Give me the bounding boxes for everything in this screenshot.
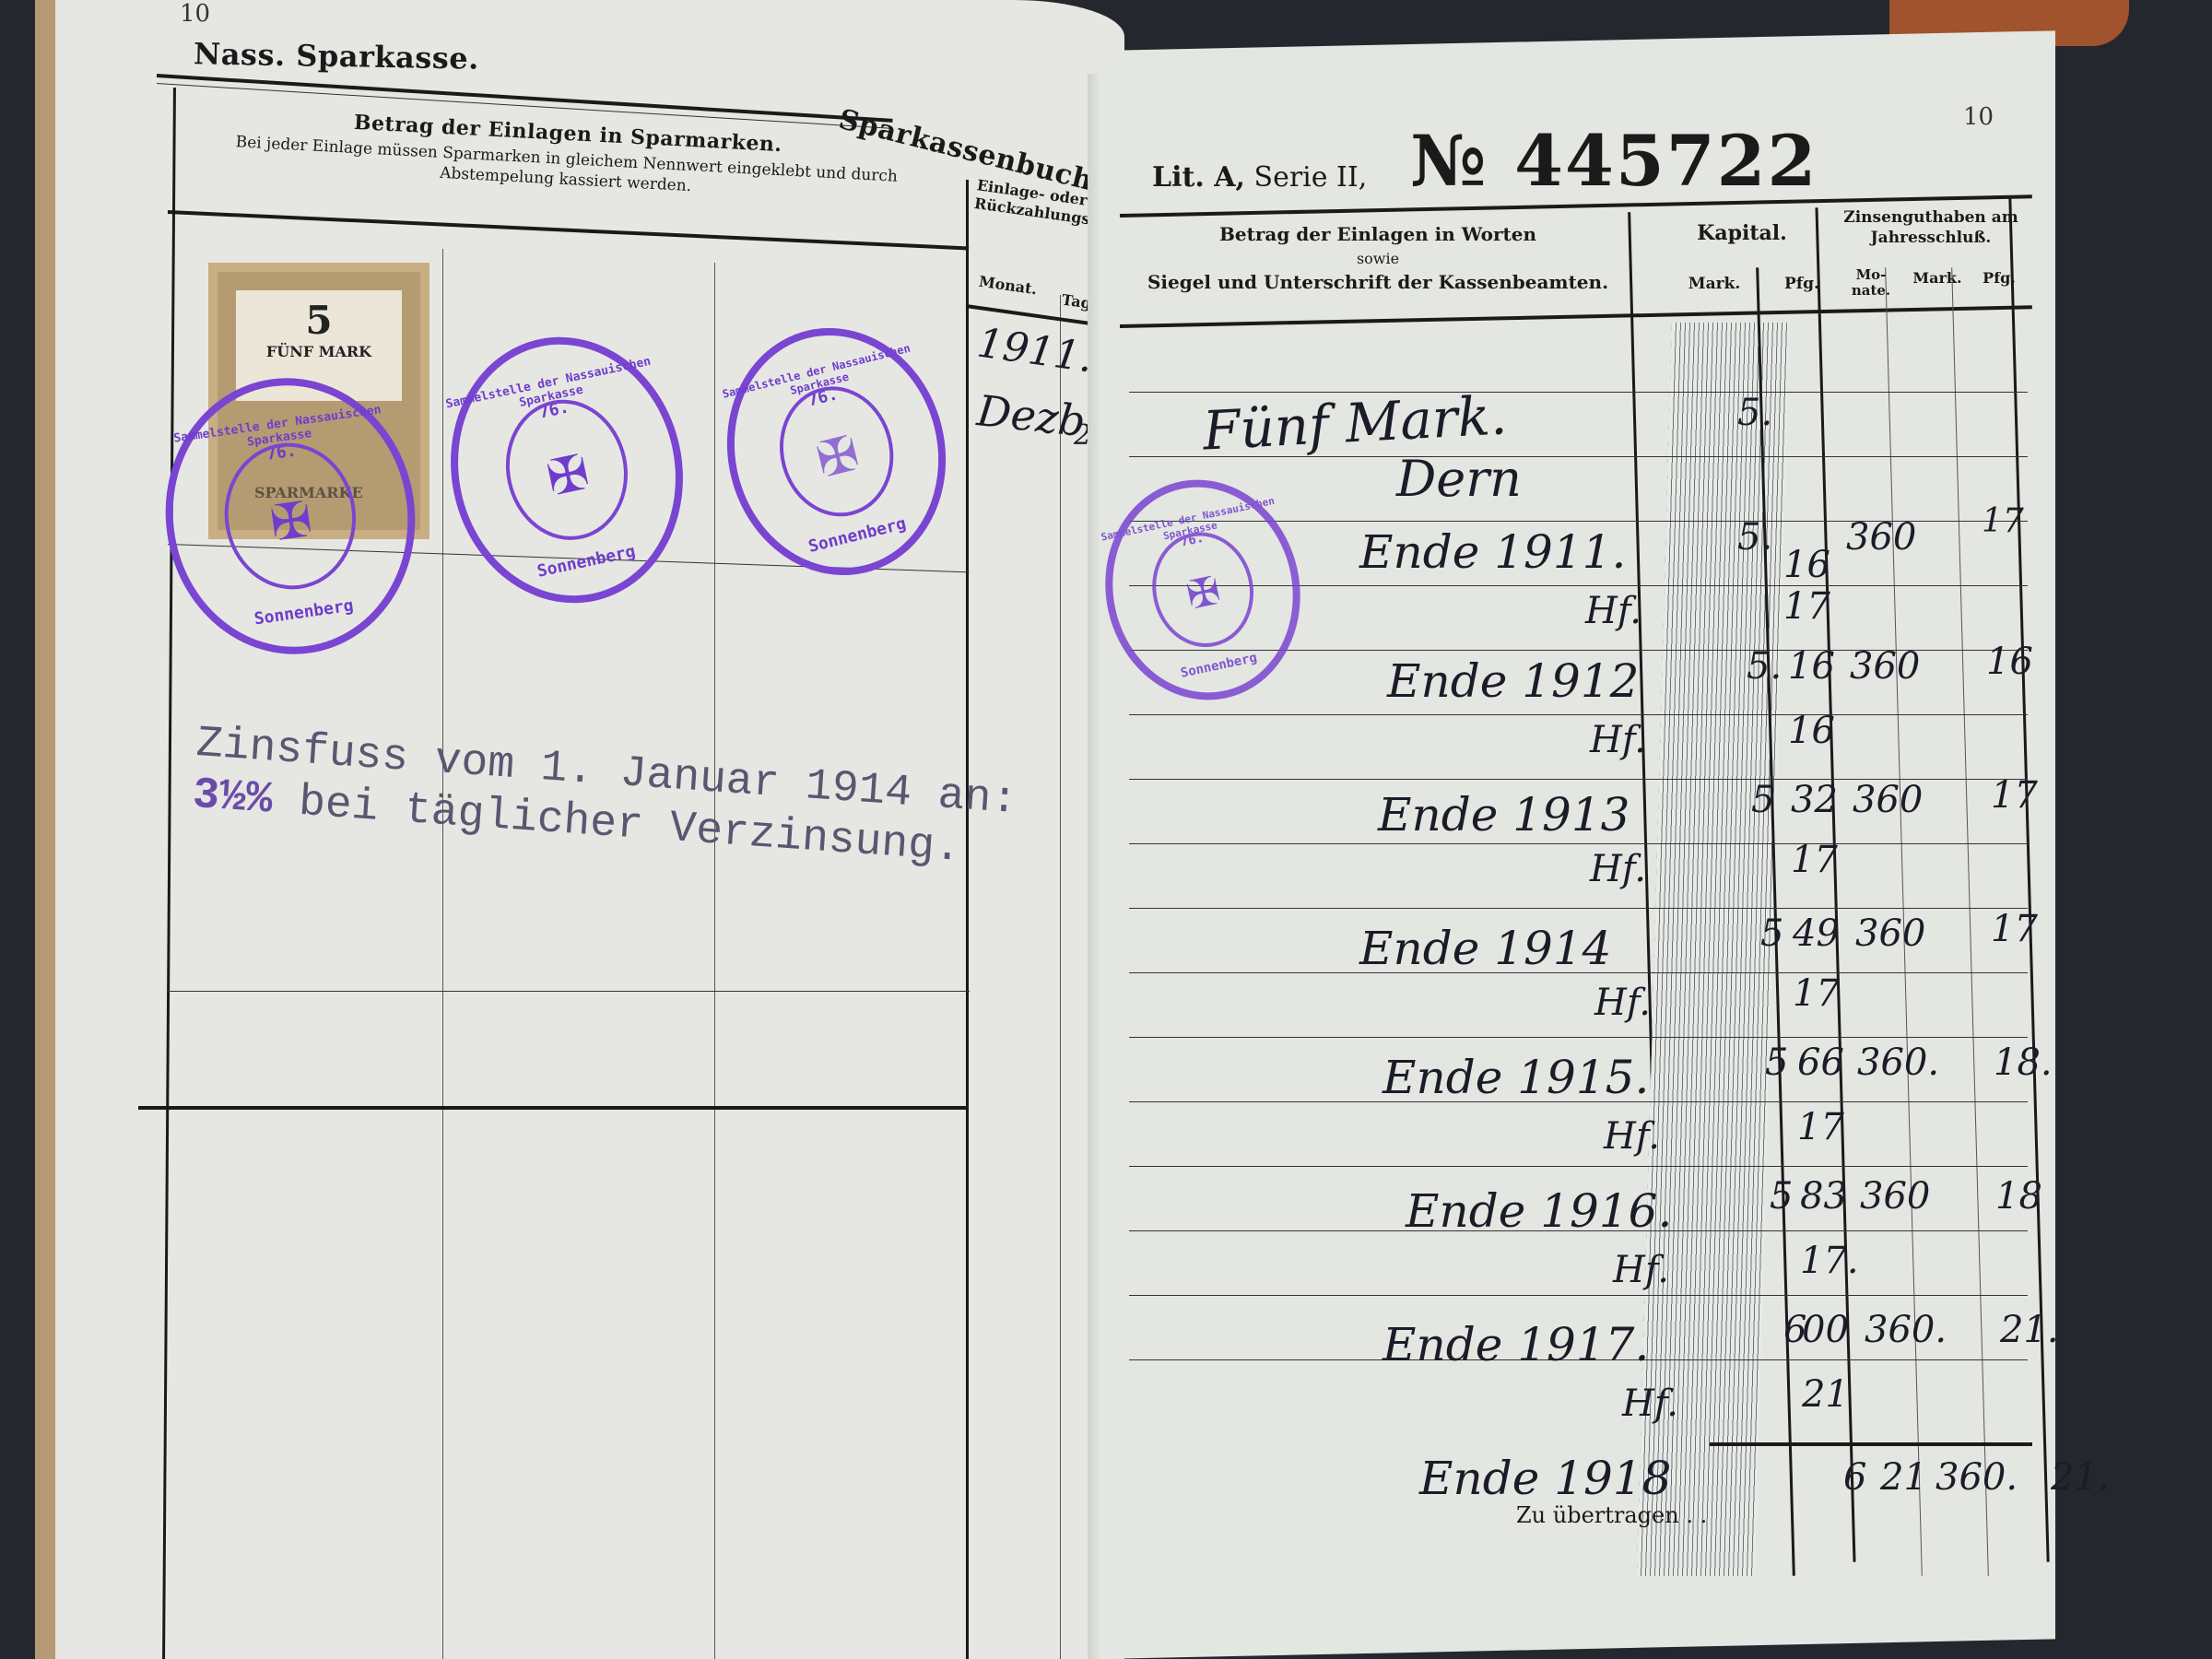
row-rule — [1129, 843, 2028, 844]
row-initials: Hf. — [1622, 1382, 1678, 1425]
left-page-content: 10 Nass. Sparkasse. Sparkassenbuch Betra… — [0, 0, 1069, 1659]
row-capital-pfg: 49 — [1793, 912, 1840, 955]
row-label: Ende 1912 — [1387, 654, 1639, 708]
row-rule — [1129, 392, 2028, 393]
seal-location: Sonnenberg — [1130, 640, 1308, 691]
row-initials: Hf. — [1585, 590, 1641, 632]
row-capital-pfg: 32 — [1791, 779, 1838, 821]
number-sign: № — [1410, 120, 1488, 202]
row-capital-pfg-2: 17. — [1800, 1240, 1859, 1282]
interest-rate: 3½% — [191, 771, 274, 826]
capital-pfg-header: Pfg. — [1774, 275, 1830, 293]
right-page-content: 10 Lit. A, Serie II, № 445722 Betrag der… — [1101, 0, 2060, 1659]
row-capital-mark: 5. — [1747, 645, 1782, 688]
stamp-col-divider-1 — [442, 249, 443, 1659]
row-interest-pfg: 21. — [2051, 1456, 2110, 1499]
row-capital-mark: 5 — [1751, 779, 1774, 821]
cancellation-seal-3: Sammelstelle der Nassauischen Sparkasse … — [701, 305, 971, 599]
row-label: Ende 1916. — [1406, 1184, 1672, 1238]
row-months: 360 — [1855, 912, 1925, 955]
row-rule — [1129, 1037, 2028, 1038]
lit-label: Lit. A, — [1152, 161, 1245, 194]
cashier-seal: Sammelstelle der Nassauischen Sparkasse … — [1085, 462, 1320, 718]
row-interest-pfg: 17 — [1982, 502, 2024, 540]
stamps-block-rule — [138, 1106, 968, 1110]
row-initials: Hf. — [1590, 848, 1646, 890]
row-label: Ende 1911. — [1359, 525, 1626, 579]
serie-label: Serie II, — [1254, 161, 1368, 194]
carry-forward-label: Zu übertragen . . — [1516, 1502, 1707, 1528]
row-rule — [1129, 1295, 2028, 1296]
month-header: Monat. — [978, 273, 1038, 299]
stamp-value: 5 — [236, 298, 402, 343]
words-header: Betrag der Einlagen in Worten sowie Sieg… — [1129, 221, 1627, 296]
row-capital-mark: 5. — [1737, 516, 1772, 559]
row-interest-pfg: 16 — [1986, 641, 2033, 683]
row-capital-pfg-2: 17 — [1793, 972, 1840, 1015]
page-number: 10 — [180, 0, 210, 28]
interest-rate-notice: Zinsfuss vom 1. Januar 1914 an: 3½% bei … — [191, 719, 1018, 877]
day-col-border — [1060, 295, 1061, 1659]
row-capital-pfg: 66 — [1797, 1041, 1844, 1084]
row-label: Ende 1914 — [1359, 922, 1611, 975]
cancellation-seal-1: Sammelstelle der Nassauischen Sparkasse … — [147, 362, 432, 671]
interest-pfg-header: Pfg. — [1971, 269, 2027, 287]
stamps-row-rule-2 — [168, 991, 970, 992]
page-number: 10 — [1963, 103, 1994, 131]
account-number: 445722 — [1514, 120, 1818, 202]
row-initials: Hf. — [1613, 1249, 1669, 1291]
row-interest-pfg: 18 — [1995, 1175, 2042, 1218]
row-interest-pfg: 18. — [1994, 1041, 2053, 1084]
row-capital-mark: 5 — [1770, 1175, 1793, 1218]
interest-header: Zinsenguthaben am Jahresschluß. — [1839, 207, 2023, 248]
row-capital-pfg: 00 — [1802, 1309, 1849, 1351]
mark-col-border — [1951, 267, 1989, 1575]
row-label: Ende 1915. — [1382, 1051, 1649, 1104]
row-interest-pfg: 17 — [1991, 908, 2038, 950]
row-initials: Hf. — [1594, 982, 1651, 1024]
row-initials: Hf. — [1590, 719, 1646, 761]
row-rule — [1129, 1166, 2028, 1167]
stamps-header-rule — [168, 210, 969, 250]
row-capital-pfg-2: 16 — [1788, 710, 1835, 752]
row-capital-pfg-2: 21 — [1802, 1373, 1849, 1416]
row-capital-mark: 5 — [1765, 1041, 1788, 1084]
words-header-sub: Siegel und Unterschrift der Kassenbeamte… — [1129, 269, 1627, 296]
words-header-title: Betrag der Einlagen in Worten — [1129, 221, 1627, 248]
account-number-line: № 445722 — [1410, 120, 1818, 202]
row-months: 360. — [1857, 1041, 1939, 1084]
words-header-mid: sowie — [1129, 248, 1627, 269]
row-capital-pfg: 16 — [1783, 544, 1830, 586]
total-rule — [1710, 1442, 2032, 1446]
table-left-border — [162, 88, 176, 1659]
interest-months-header: Mo- nate. — [1839, 267, 1903, 298]
entry-capital-mark: 5. — [1737, 392, 1772, 434]
row-interest-pfg: 21. — [2000, 1309, 2059, 1351]
interest-mark-header: Mark. — [1905, 269, 1970, 287]
stamp-col-divider-2 — [714, 263, 715, 1659]
stamp-label: FÜNF MARK — [236, 343, 402, 360]
row-initials: Hf. — [1604, 1115, 1660, 1158]
row-months: 360. — [1865, 1309, 1947, 1351]
table-right-border — [2008, 198, 2049, 1562]
row-months: 360 — [1860, 1175, 1930, 1218]
row-capital-mark: 6 — [1843, 1456, 1866, 1499]
row-rule — [1129, 714, 2028, 715]
cancellation-seal-2: Sammelstelle der Nassauischen Sparkasse … — [427, 315, 708, 625]
row-capital-pfg-2: 17 — [1791, 839, 1838, 881]
page-title: Nass. Sparkasse. — [194, 36, 479, 76]
seal-location: Sonnenberg — [187, 587, 421, 639]
row-months: 360. — [1935, 1456, 2018, 1499]
row-months: 360 — [1846, 516, 1916, 559]
row-capital-pfg: 16 — [1788, 645, 1835, 688]
stamps-table-header: Betrag der Einlagen in Sparmarken. Bei j… — [211, 103, 924, 208]
header-bottom-rule — [1120, 305, 2032, 328]
row-label: Ende 1913 — [1378, 788, 1630, 841]
row-months: 360 — [1850, 645, 1920, 688]
date-col-border — [966, 180, 969, 1659]
row-capital-pfg-2: 17 — [1783, 585, 1830, 628]
series-label: Lit. A, Serie II, — [1152, 161, 1367, 194]
row-months: 360 — [1853, 779, 1923, 821]
row-rule — [1129, 908, 2028, 909]
row-label: Ende 1917. — [1382, 1318, 1649, 1371]
row-label: Ende 1918 — [1419, 1452, 1671, 1505]
row-capital-mark: 5 — [1760, 912, 1783, 955]
capital-header: Kapital. — [1654, 221, 1830, 245]
entry-signature: Dern — [1396, 450, 1522, 508]
row-capital-pfg: 21 — [1880, 1456, 1927, 1499]
row-interest-pfg: 17 — [1991, 774, 2038, 817]
row-capital-pfg-2: 17 — [1797, 1106, 1844, 1148]
row-capital-pfg: 83 — [1800, 1175, 1847, 1218]
